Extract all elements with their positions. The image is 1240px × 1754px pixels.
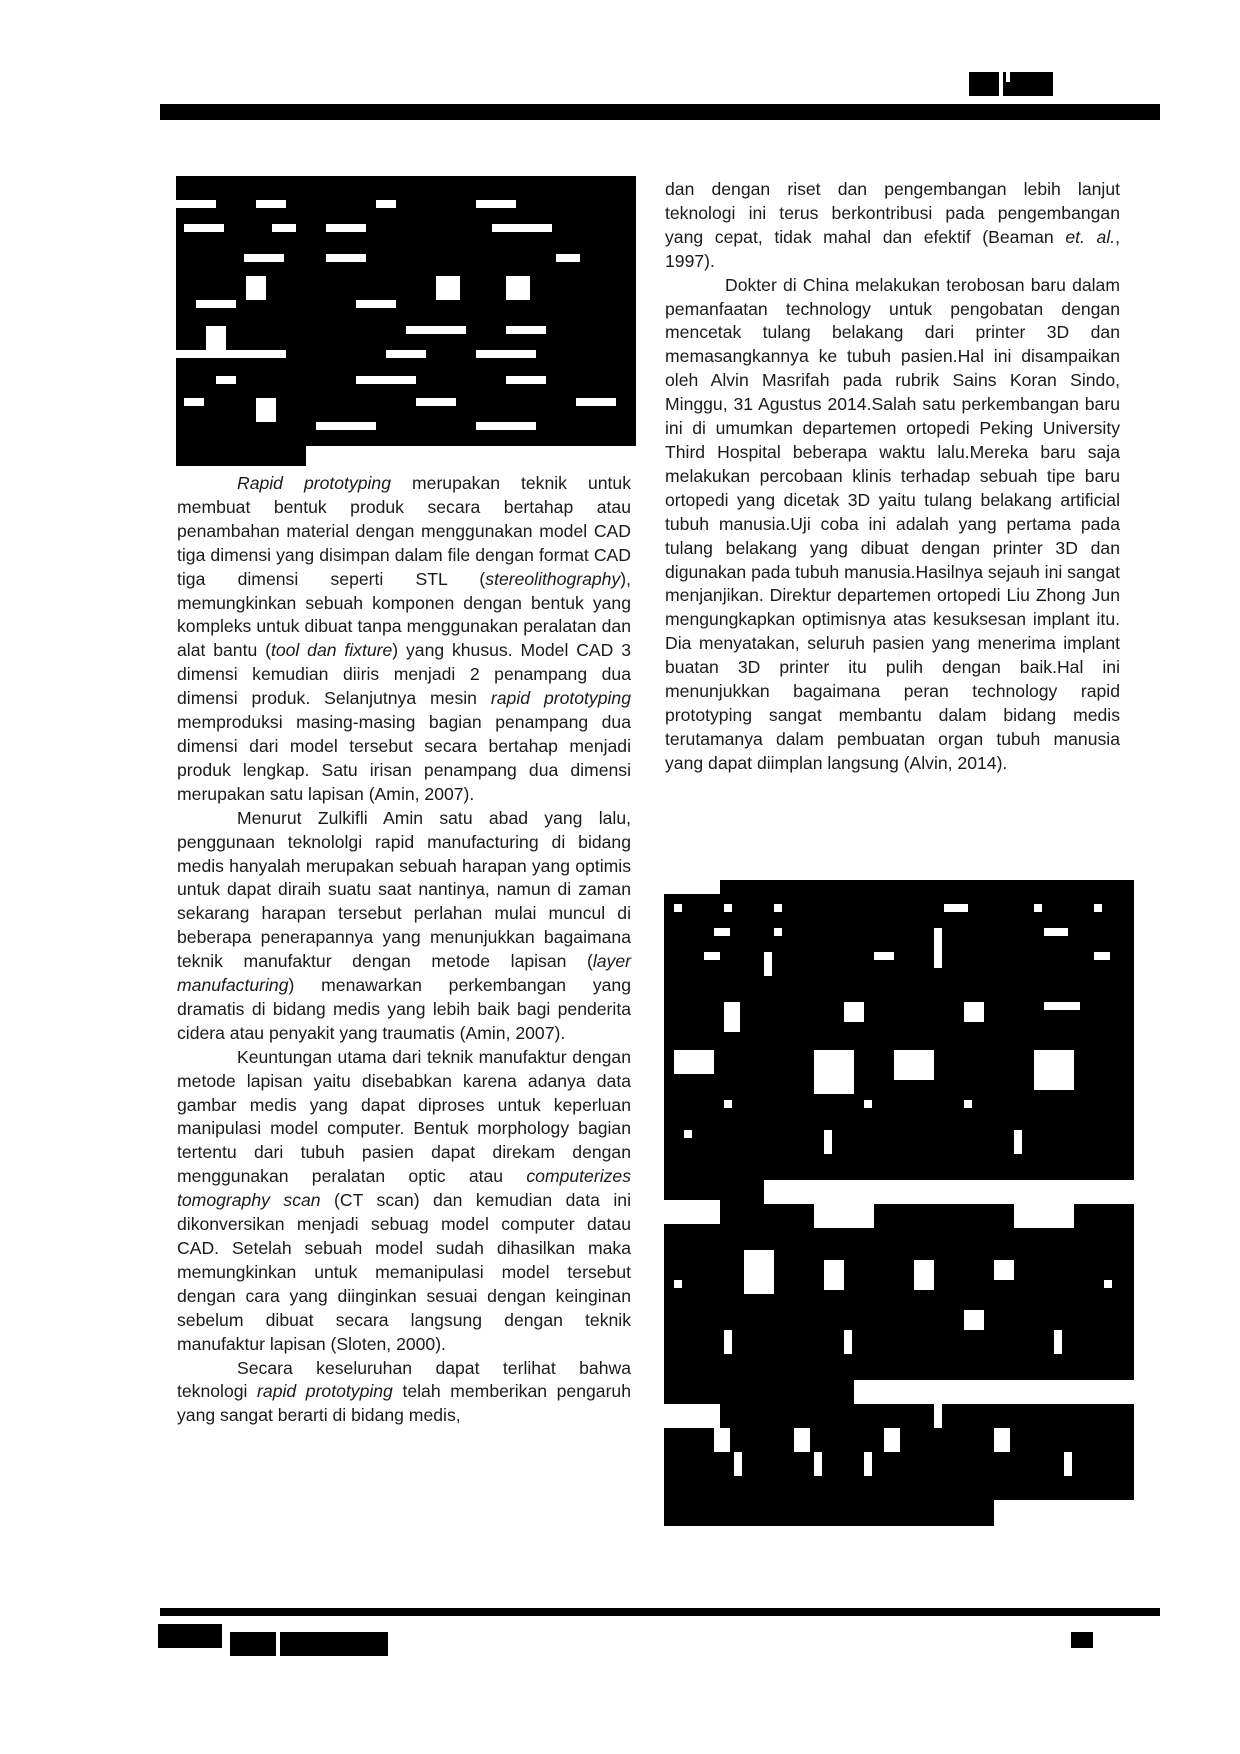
footer-page-number — [1071, 1632, 1093, 1648]
italic-term: rapid prototyping — [257, 1381, 393, 1401]
text-run: (CT scan) dan kemudian data ini dikonver… — [177, 1190, 631, 1353]
footer-journal-name — [158, 1624, 222, 1648]
italic-term: et. al. — [1065, 227, 1115, 247]
paragraph: Rapid prototyping merupakan teknik untuk… — [177, 472, 631, 807]
header-badge-notch — [1006, 72, 1010, 82]
paragraph: Keuntungan utama dari teknik manufaktur … — [177, 1046, 631, 1357]
footer-journal-name-part — [230, 1632, 276, 1656]
footer-rule — [160, 1608, 1160, 1616]
italic-term: rapid prototyping — [491, 688, 631, 708]
italic-term: Rapid prototyping — [237, 473, 391, 493]
paragraph: Menurut Zulkifli Amin satu abad yang lal… — [177, 807, 631, 1046]
text-run: Menurut Zulkifli Amin satu abad yang lal… — [177, 808, 631, 971]
header-rule — [160, 104, 1160, 120]
italic-term: tool dan fixture — [271, 640, 392, 660]
paragraph: dan dengan riset dan pengembangan lebih … — [665, 178, 1120, 274]
italic-term: stereolithography — [485, 569, 620, 589]
text-run: memproduksi masing-masing bagian penampa… — [177, 712, 631, 804]
text-run: dan dengan riset dan pengembangan lebih … — [665, 179, 1120, 247]
text-run: Dokter di China melakukan terobosan baru… — [665, 275, 1120, 773]
right-column-body: dan dengan riset dan pengembangan lebih … — [665, 178, 1120, 776]
footer-journal-name-part — [280, 1632, 388, 1656]
redacted-figure-bottom-right — [664, 880, 1134, 1550]
paragraph: Dokter di China melakukan terobosan baru… — [665, 274, 1120, 776]
header-journal-badge — [969, 72, 999, 96]
redacted-figure-top-left — [176, 176, 640, 466]
header-journal-badge-part — [1003, 72, 1053, 96]
left-column-body: Rapid prototyping merupakan teknik untuk… — [177, 472, 631, 1428]
paragraph: Secara keseluruhan dapat terlihat bahwa … — [177, 1357, 631, 1429]
